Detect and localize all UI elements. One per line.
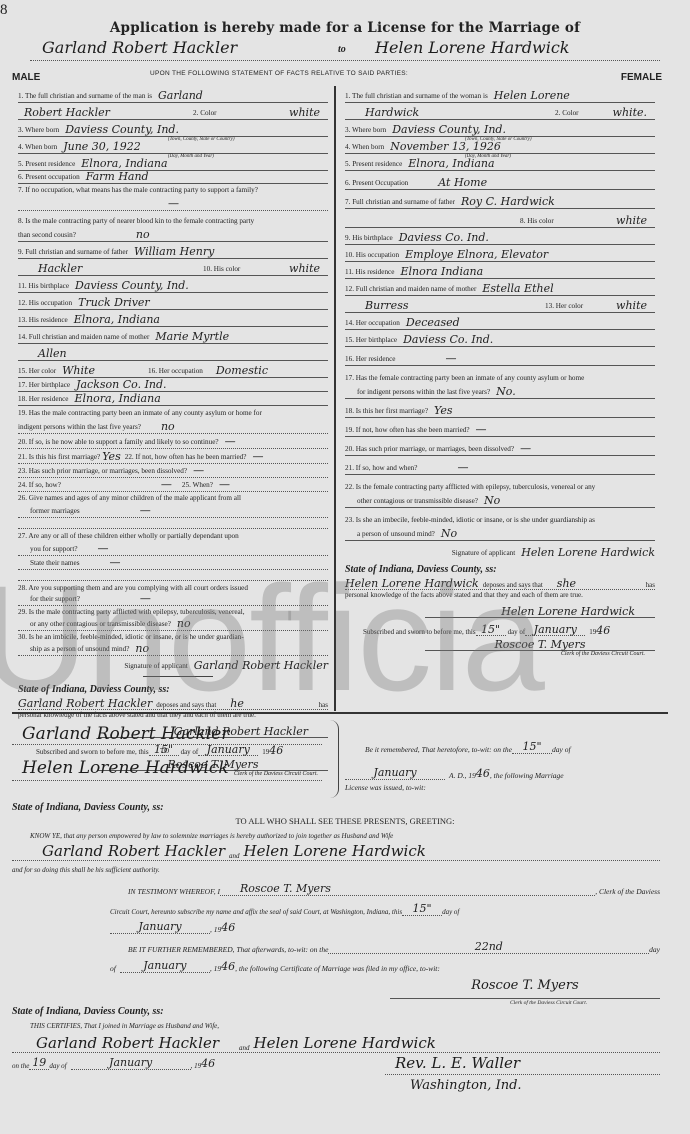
male-q2-value: white — [289, 107, 320, 118]
male-q10-value: white — [289, 263, 320, 274]
female-q4-label: 4. When born — [345, 144, 384, 153]
subscribed-label: Subscribed and sworn to before me, this — [36, 749, 149, 756]
officiant-location: Washington, Ind. — [410, 1078, 522, 1093]
certificate-month: January — [71, 1056, 191, 1070]
following-label: , the following Marriage — [490, 771, 564, 780]
page-number: 8 — [0, 2, 8, 19]
female-deposes-name: Helen Lorene Hardwick — [345, 578, 479, 589]
male-q25-label: 25. When? — [182, 482, 213, 491]
on-the-label: on the — [12, 1062, 29, 1070]
female-q21-label: 21. If so, how and when? — [345, 465, 417, 474]
license-year: 46 — [476, 767, 490, 780]
male-q30-label-cont: ship as a person of unsound mind? — [30, 646, 129, 655]
deposes-label: deposes and says that — [483, 582, 543, 589]
know-ye-text: KNOW YE, that any person empowered by la… — [30, 832, 393, 840]
male-q17-value: Jackson Co. Ind. — [76, 379, 166, 391]
male-q20-value: — — [225, 436, 236, 448]
clerk-label: Clerk of the Daviess Circuit Court. — [510, 1000, 587, 1006]
female-q23-label-cont: a person of unsound mind? — [357, 531, 435, 540]
day-of-label: day of — [181, 749, 199, 756]
male-q26-label: 26. Give names and ages of any minor chi… — [18, 495, 241, 504]
day-of-label: day of — [552, 745, 571, 754]
female-q7-label: 7. Full christian and surname of father — [345, 199, 455, 208]
testimony-clerk-label: , Clerk of the Daviess — [595, 887, 660, 896]
female-q16-value: — — [446, 353, 457, 365]
male-q6-label: 6. Present occupation — [18, 174, 80, 183]
female-subscribed-day: 15" — [476, 624, 506, 636]
document-title: Application is hereby made for a License… — [0, 20, 690, 36]
female-q8-label: 8. His color — [520, 218, 554, 225]
male-q8-label-cont: than second cousin? — [18, 232, 76, 241]
male-q9-value-cont: Hackler — [38, 263, 82, 275]
day-of-label: day of — [508, 629, 526, 636]
female-q1-value-cont: Hardwick — [365, 107, 419, 119]
bride-name-header: Helen Lorene Hardwick — [375, 38, 569, 57]
female-state-heading: State of Indiana, Daviess County, ss: — [345, 565, 655, 575]
male-q27-label-cont: you for support? — [30, 546, 78, 555]
license-state-heading: State of Indiana, Daviess County, ss: — [12, 802, 164, 813]
male-q1-value: Garland — [158, 90, 203, 102]
female-signature-label: Signature of applicant — [452, 550, 515, 559]
certificate-day: 19 — [29, 1056, 49, 1070]
circuit-month: January — [110, 920, 210, 934]
male-q11-value: Daviess County, Ind. — [75, 280, 189, 292]
male-subscribed-month: January — [198, 744, 258, 756]
female-q17-value: No. — [496, 386, 516, 398]
male-q23-value: — — [193, 465, 204, 477]
filed-clerk-signature: Roscoe T. Myers — [471, 978, 578, 993]
license-groom-name: Garland Robert Hackler — [22, 724, 229, 744]
male-q27-names-value: — — [110, 557, 121, 569]
female-q14-label: 14. Her occupation — [345, 320, 400, 329]
male-deposes-name: Garland Robert Hackler — [18, 698, 152, 709]
male-q14-label: 14. Full christian and maiden name of mo… — [18, 334, 149, 343]
license-day: 15" — [512, 740, 552, 754]
female-q2-value: white. — [613, 107, 647, 118]
certificate-bride: Helen Lorene Hardwick — [254, 1034, 436, 1052]
female-q10-label: 10. His occupation — [345, 252, 399, 261]
male-q5-label: 5. Present residence — [18, 161, 75, 170]
male-signature: Garland Robert Hackler — [194, 660, 328, 672]
day-of-label: day of — [49, 1062, 66, 1070]
brace — [330, 720, 339, 798]
female-q7-value: Roy C. Hardwick — [461, 196, 555, 208]
male-q21-value: Yes — [102, 451, 120, 463]
further-month: January — [120, 959, 210, 973]
female-q10-value: Employe Elnora, Elevator — [405, 249, 548, 261]
certifies-text: THIS CERTIFIES, That I joined in Marriag… — [30, 1022, 219, 1030]
day-of-label: day of — [442, 908, 459, 916]
greeting: TO ALL WHO SHALL SEE THESE PRESENTS, GRE… — [0, 816, 690, 826]
authority-text: and for so doing this shall be his suffi… — [12, 866, 160, 874]
male-q21-label: 21. Is this his first marriage? — [18, 454, 100, 463]
year-prefix: , 19 — [210, 925, 221, 934]
male-q12-label: 12. His occupation — [18, 300, 72, 309]
testimony-label: IN TESTIMONY WHEREOF, I — [128, 887, 220, 896]
female-q9-value: Daviess Co. Ind. — [399, 232, 489, 244]
male-q27-value: — — [98, 543, 109, 555]
male-q26-value: — — [140, 505, 151, 517]
male-q14-value: Marie Myrtle — [155, 331, 229, 343]
male-q18-value: Elnora, Indiana — [75, 393, 161, 405]
male-q4-label: 4. When born — [18, 144, 57, 153]
male-q3-label: 3. Where born — [18, 127, 59, 136]
male-q30-value: no — [135, 643, 149, 655]
female-q19-value: — — [476, 424, 487, 436]
female-q3-value: Daviess County, Ind. — [392, 124, 506, 136]
male-column: 1. The full christian and surname of the… — [18, 86, 328, 777]
male-q8-value: no — [136, 229, 150, 241]
female-q4-value: November 13, 1926 — [390, 141, 501, 153]
male-signature-label: Signature of applicant — [124, 663, 187, 672]
female-q21-value: — — [457, 462, 468, 474]
male-q3-value: Daviess County, Ind. — [65, 124, 179, 136]
female-q15-label: 15. Her birthplace — [345, 337, 397, 346]
female-q17-label-cont: for indigent persons within the last fiv… — [357, 389, 490, 398]
female-q5-label: 5. Present residence — [345, 161, 402, 170]
female-q20-label: 20. Has such prior marriage, or marriage… — [345, 446, 514, 455]
female-q1-label: 1. The full christian and surname of the… — [345, 93, 488, 102]
testimony-clerk-name: Roscoe T. Myers — [220, 882, 595, 896]
female-q23-label: 23. Is she an imbecile, feeble-minded, i… — [345, 517, 595, 526]
female-q23-value: No — [441, 528, 457, 540]
female-q19-label: 19. If not, how often has she been marri… — [345, 427, 470, 436]
and-label: and — [239, 1044, 250, 1052]
male-q4-value: June 30, 1922 — [63, 141, 141, 153]
male-q8-label: 8. Is the male contracting party of near… — [18, 218, 254, 227]
male-q17-label: 17. Her birthplace — [18, 382, 70, 391]
male-q12-value: Truck Driver — [78, 297, 150, 309]
male-q28-value: — — [140, 593, 151, 605]
female-q18-label: 18. Is this her first marriage? — [345, 408, 428, 417]
male-q24-label: 24. If so, how? — [18, 482, 61, 491]
male-q1-label: 1. The full christian and surname of the… — [18, 93, 152, 102]
female-q3-label: 3. Where born — [345, 127, 386, 136]
female-sworn-signature: Helen Lorene Hardwick — [501, 606, 635, 617]
female-q2-label: 2. Color — [555, 110, 579, 117]
female-q6-label: 6. Present Occupation — [345, 180, 408, 189]
certificate-groom: Garland Robert Hackler — [36, 1034, 219, 1052]
license-month: January — [345, 766, 445, 780]
male-q28-label-cont: for their support? — [30, 596, 80, 605]
male-q9-value: William Henry — [134, 246, 214, 258]
remembered-label: Be it remembered, That heretofore, to-wi… — [365, 745, 512, 754]
female-q13-label: 13. Her color — [545, 303, 583, 310]
further-label: BE IT FURTHER REMEMBERED, That afterward… — [128, 945, 328, 954]
groom-name-header: Garland Robert Hackler — [42, 38, 237, 57]
license-bride-name: Helen Lorene Hardwick — [22, 758, 229, 778]
male-q28-label: 28. Are you supporting them and are you … — [18, 585, 248, 594]
female-q13-value: white — [616, 300, 647, 311]
male-q14-value-cont: Allen — [38, 348, 67, 360]
female-q12-value-cont: Burress — [365, 300, 408, 312]
has-label: has — [319, 702, 328, 709]
male-q22-value: — — [252, 451, 263, 463]
female-q12-label: 12. Full christian and maiden name of mo… — [345, 286, 476, 295]
year-prefix: , 19 — [191, 1062, 202, 1070]
female-q9-label: 9. His birthplace — [345, 235, 393, 244]
male-q9-label: 9. Full christian and surname of father — [18, 249, 128, 258]
marriage-license-page: 8 Application is hereby made for a Licen… — [0, 0, 690, 1134]
of-label: of — [110, 964, 116, 973]
authorized-bride: Helen Lorene Hardwick — [244, 842, 426, 860]
male-q7-value: — — [168, 198, 179, 210]
section-divider — [12, 712, 668, 714]
female-q6-value: At Home — [438, 177, 487, 189]
certificate-year: 46 — [201, 1057, 215, 1070]
female-q17-label: 17. Has the female contracting party bee… — [345, 375, 584, 384]
male-heading: MALE — [12, 72, 40, 83]
male-q29-label: 29. Is the male contracting party afflic… — [18, 609, 245, 618]
male-state-heading: State of Indiana, Daviess County, ss: — [18, 685, 328, 695]
has-label: has — [646, 582, 655, 589]
issued-label: License was issued, to-wit: — [345, 783, 426, 792]
male-q25-value: — — [219, 479, 230, 491]
male-q1-value-cont: Robert Hackler — [24, 107, 110, 119]
license-to-label: TO — [160, 747, 169, 755]
male-q27-label: 27. Are any or all of these children eit… — [18, 533, 239, 542]
male-q13-value: Elnora, Indiana — [74, 314, 160, 326]
male-q6-value: Farm Hand — [86, 171, 149, 183]
male-q16-label: 16. Her occupation — [148, 368, 203, 375]
male-q22-label: 22. If not, how often has he been marrie… — [125, 454, 247, 463]
to-label: to — [338, 44, 346, 55]
female-column: 1. The full christian and surname of the… — [345, 86, 655, 657]
male-q19-value: no — [161, 421, 175, 433]
divider — [143, 676, 213, 677]
female-q11-label: 11. His residence — [345, 269, 394, 278]
male-q19-label: 19. Has the male contracting party been … — [18, 410, 262, 419]
female-q20-value: — — [520, 443, 531, 455]
circuit-text: Circuit Court, hereunto subscribe my nam… — [110, 908, 402, 916]
male-q10-label: 10. His color — [203, 266, 240, 273]
and-label: and — [229, 852, 240, 860]
further-text: , the following Certificate of Marriage … — [235, 964, 440, 973]
ad-label: A. D., 19 — [449, 771, 476, 780]
statement-heading: UPON THE FOLLOWING STATEMENT OF FACTS RE… — [150, 70, 408, 77]
male-deposes-pronoun: he — [230, 698, 244, 709]
male-q13-label: 13. His residence — [18, 317, 68, 326]
further-day: 22nd — [328, 940, 649, 954]
female-q15-value: Daviess Co. Ind. — [403, 334, 493, 346]
male-subscribed-year: 46 — [269, 745, 283, 756]
male-q15-label: 15. Her color — [18, 368, 56, 377]
male-q20-label: 20. If so, is he now able to support a f… — [18, 439, 219, 448]
female-q16-label: 16. Her residence — [345, 356, 396, 365]
day-label: day — [649, 945, 660, 954]
authorized-groom: Garland Robert Hackler — [42, 842, 225, 860]
male-q27-names-label: State their names — [30, 560, 80, 569]
female-q8-value: white — [616, 215, 647, 226]
female-q12-value: Estella Ethel — [482, 283, 553, 295]
female-q22-value: No — [484, 495, 500, 507]
female-q1-value: Helen Lorene — [494, 90, 570, 102]
male-q7-label: 7. If no occupation, what means has the … — [18, 187, 258, 196]
female-q22-label-cont: other contagious or transmissible diseas… — [357, 498, 478, 507]
column-divider — [334, 86, 336, 711]
parties-line: Garland Robert Hackler to Helen Lorene H… — [30, 38, 660, 61]
clerk-label: Clerk of the Daviess Circuit Court. — [345, 651, 655, 657]
male-q11-label: 11. His birthplace — [18, 283, 69, 292]
male-q29-value: no — [177, 618, 191, 630]
female-signature: Helen Lorene Hardwick — [521, 547, 655, 559]
female-q11-value: Elnora Indiana — [400, 266, 483, 278]
female-subscribed-year: 46 — [596, 625, 610, 636]
female-q22-label: 22. Is the female contracting party affl… — [345, 484, 595, 493]
male-q19-label-cont: indigent persons within the last five ye… — [18, 424, 141, 433]
officiant-signature: Rev. L. E. Waller — [395, 1054, 520, 1072]
deposes-label: deposes and says that — [156, 702, 216, 709]
male-q29-label-cont: or any other contagious or transmissible… — [30, 621, 171, 630]
certificate-state-heading: State of Indiana, Daviess County, ss: — [12, 1006, 164, 1017]
male-q5-value: Elnora, Indiana — [81, 158, 167, 170]
female-subscribed-month: January — [525, 624, 585, 636]
male-q18-label: 18. Her residence — [18, 396, 69, 405]
circuit-day: 15" — [402, 902, 442, 916]
male-q15-value: White — [62, 365, 95, 377]
female-q14-value: Deceased — [406, 317, 460, 329]
male-q23-label: 23. Has such prior marriage, or marriage… — [18, 468, 187, 477]
female-clerk-signature: Roscoe T. Myers — [495, 639, 586, 650]
male-q16-value: Domestic — [216, 365, 268, 376]
female-q18-value: Yes — [434, 405, 452, 417]
subscribed-label: Subscribed and sworn to before me, this — [363, 629, 476, 636]
female-knowledge-text: personal knowledge of the facts above st… — [345, 592, 655, 599]
male-q26-label-cont: former marriages — [30, 508, 80, 517]
male-q30-label: 30. Is he an imbicile, feeble-minded, id… — [18, 634, 244, 643]
female-heading: FEMALE — [621, 72, 662, 83]
circuit-year: 46 — [221, 921, 235, 934]
male-q2-label: 2. Color — [193, 110, 217, 117]
year-prefix: , 19 — [210, 964, 221, 973]
female-deposes-pronoun: she — [557, 578, 576, 589]
further-year: 46 — [221, 960, 235, 973]
male-q24-value: — — [161, 479, 172, 491]
female-q5-value: Elnora, Indiana — [408, 158, 494, 170]
